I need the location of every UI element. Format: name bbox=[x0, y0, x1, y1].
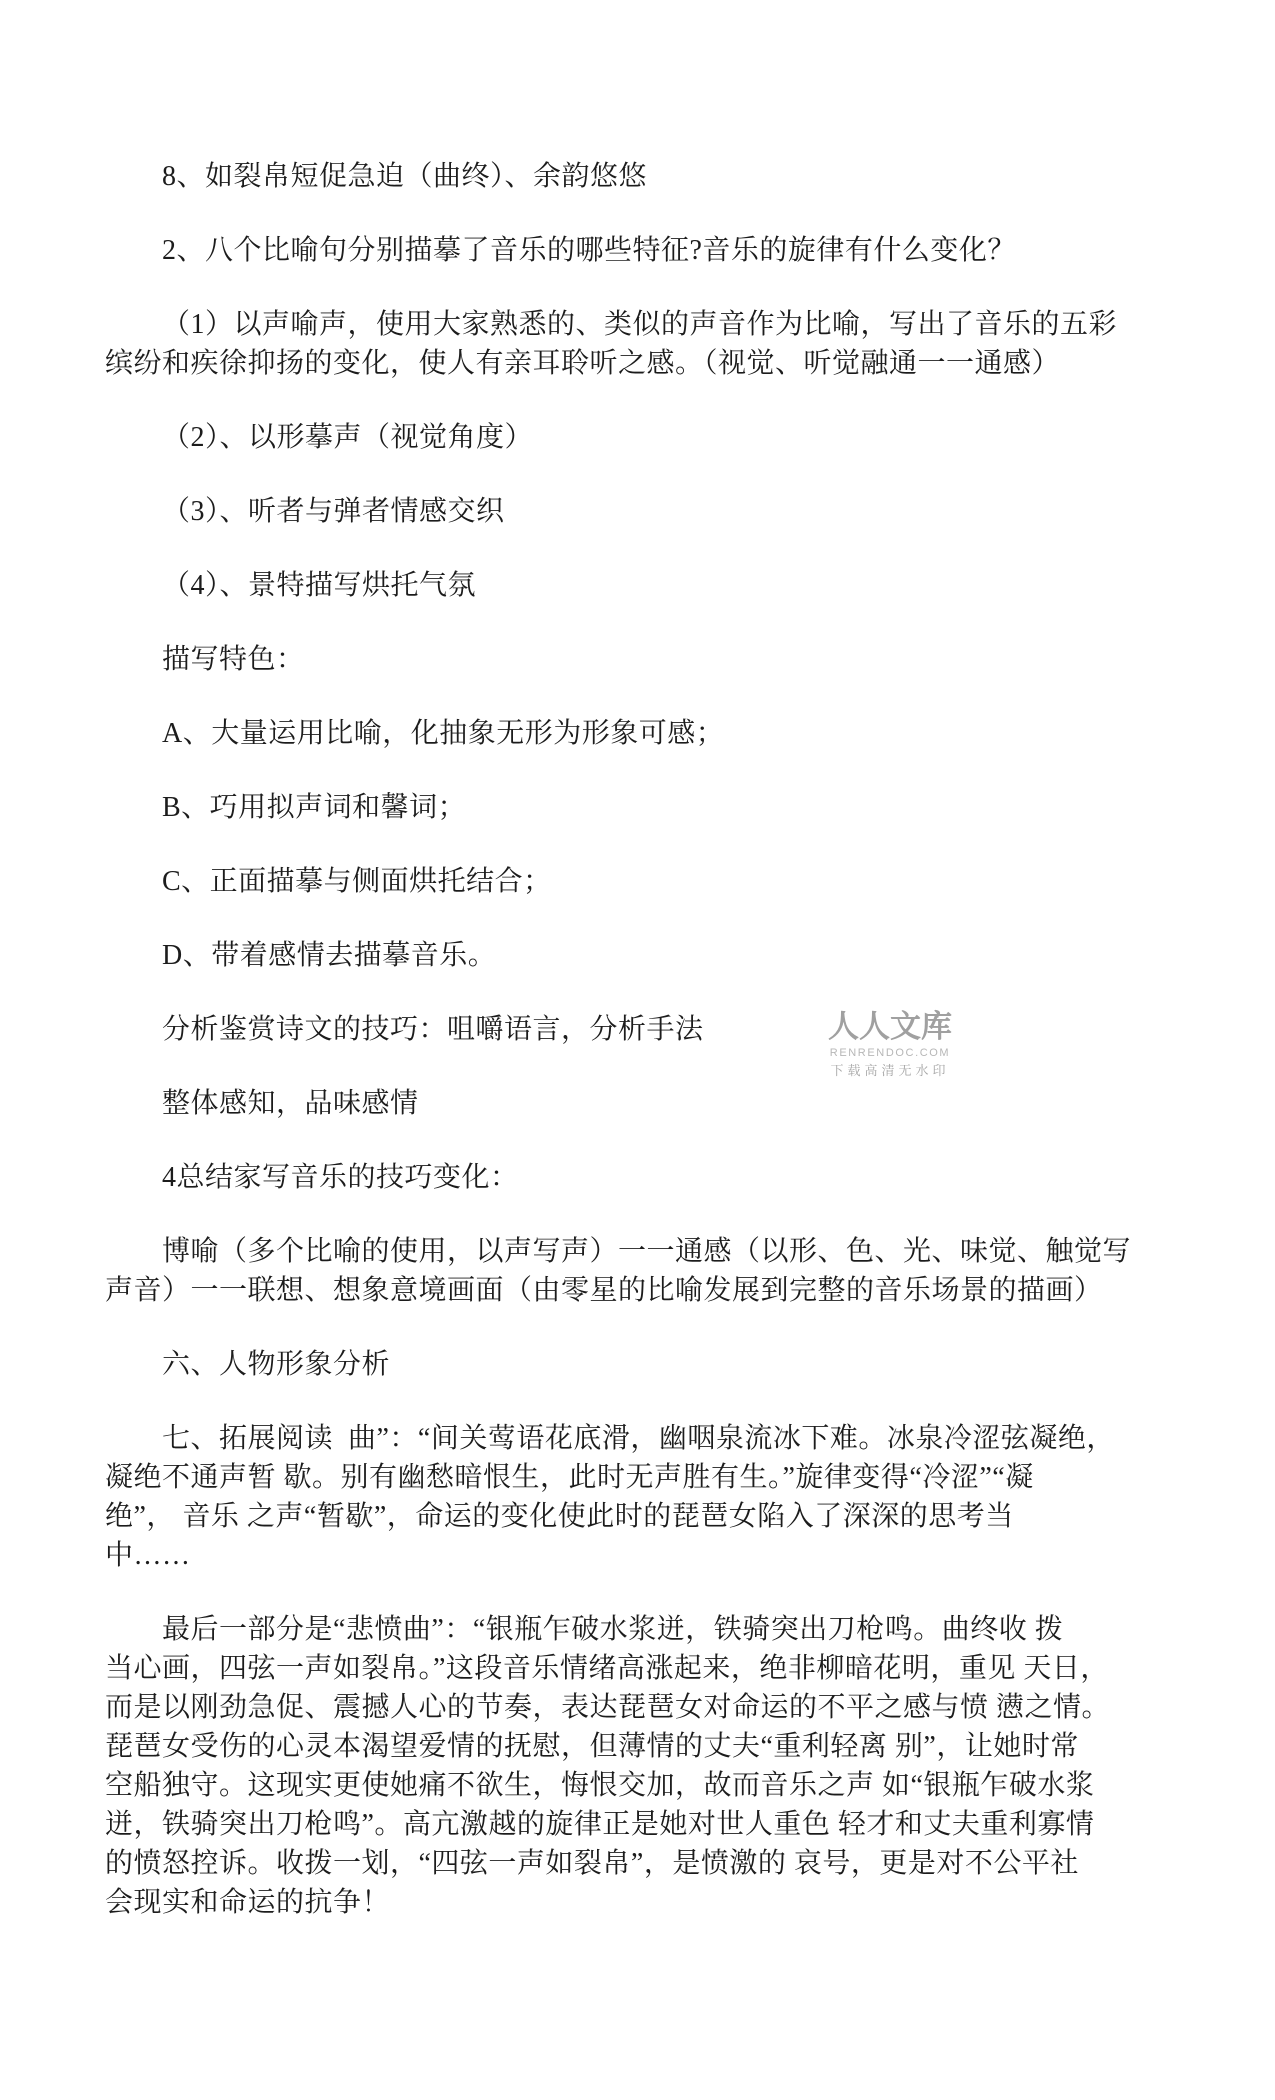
paragraph-line: 琵琶女受伤的心灵本渴望爱情的抚慰，但薄情的丈夫“重利轻离 别”，让她时常 bbox=[105, 1727, 1180, 1766]
paragraph-line: 中…… bbox=[105, 1536, 1180, 1575]
paragraph-line: （2）、以形摹声（视觉角度） bbox=[105, 418, 1180, 457]
paragraph: 六、人物形象分析 bbox=[105, 1345, 1180, 1384]
paragraph: 4总结家写音乐的技巧变化： bbox=[105, 1158, 1180, 1197]
paragraph-line: 七、拓展阅读 曲”：“间关莺语花底滑，幽咽泉流冰下难。冰泉冷涩弦凝绝， bbox=[105, 1419, 1180, 1458]
paragraph-line: 而是以刚劲急促、震撼人心的节奏，表达琵琶女对命运的不平之感与愤 懑之情。 bbox=[105, 1688, 1180, 1727]
paragraph: D、带着感情去描摹音乐。 bbox=[105, 936, 1180, 975]
paragraph: （4）、景特描写烘托气氛 bbox=[105, 566, 1180, 605]
paragraph-line: （4）、景特描写烘托气氛 bbox=[105, 566, 1180, 605]
paragraph-line: D、带着感情去描摹音乐。 bbox=[105, 936, 1180, 975]
paragraph: 2、八个比喻句分别描摹了音乐的哪些特征?音乐的旋律有什么变化？ bbox=[105, 231, 1180, 270]
paragraph-line: 会现实和命运的抗争！ bbox=[105, 1883, 1180, 1922]
paragraph: （1）以声喻声，使用大家熟悉的、类似的声音作为比喻，写出了音乐的五彩缤纷和疾徐抑… bbox=[105, 305, 1180, 383]
paragraph: A、大量运用比喻，化抽象无形为形象可感； bbox=[105, 714, 1180, 753]
paragraph-line: 8、如裂帛短促急迫（曲终）、余韵悠悠 bbox=[105, 157, 1180, 196]
paragraph-line: A、大量运用比喻，化抽象无形为形象可感； bbox=[105, 714, 1180, 753]
paragraph-line: 2、八个比喻句分别描摹了音乐的哪些特征?音乐的旋律有什么变化？ bbox=[105, 231, 1180, 270]
paragraph-line: 绝”， 音乐 之声“暂歇”，命运的变化使此时的琵琶女陷入了深深的思考当 bbox=[105, 1497, 1180, 1536]
document-body: 8、如裂帛短促急迫（曲终）、余韵悠悠2、八个比喻句分别描摹了音乐的哪些特征?音乐… bbox=[105, 157, 1180, 1957]
paragraph: 最后一部分是“悲愤曲”：“银瓶乍破水浆迸，铁骑突出刀枪鸣。曲终收 拨当心画，四弦… bbox=[105, 1610, 1180, 1922]
paragraph-line: 博喻（多个比喻的使用，以声写声）一一通感（以形、色、光、味觉、触觉写 bbox=[105, 1232, 1180, 1271]
paragraph: 描写特色： bbox=[105, 640, 1180, 679]
paragraph-line: 的愤怒控诉。收拨一划，“四弦一声如裂帛”，是愤激的 哀号，更是对不公平社 bbox=[105, 1844, 1180, 1883]
paragraph-line: 描写特色： bbox=[105, 640, 1180, 679]
paragraph: 整体感知，品味感情 bbox=[105, 1084, 1180, 1123]
paragraph: 七、拓展阅读 曲”：“间关莺语花底滑，幽咽泉流冰下难。冰泉冷涩弦凝绝，凝绝不通声… bbox=[105, 1419, 1180, 1575]
watermark-domain-text: RENRENDOC.COM bbox=[824, 1047, 956, 1060]
paragraph-line: 缤纷和疾徐抑扬的变化，使人有亲耳聆听之感。（视觉、听觉融通一一通感） bbox=[105, 344, 1180, 383]
paragraph: B、巧用拟声词和馨词； bbox=[105, 788, 1180, 827]
paragraph-line: C、正面描摹与侧面烘托结合； bbox=[105, 862, 1180, 901]
paragraph-line: （3）、听者与弹者情感交织 bbox=[105, 492, 1180, 531]
paragraph: 分析鉴赏诗文的技巧：咀嚼语言，分析手法 bbox=[105, 1010, 1180, 1049]
paragraph-line: 迸，铁骑突出刀枪鸣”。高亢激越的旋律正是她对世人重色 轻才和丈夫重利寡情 bbox=[105, 1805, 1180, 1844]
paragraph: 博喻（多个比喻的使用，以声写声）一一通感（以形、色、光、味觉、触觉写声音）一一联… bbox=[105, 1232, 1180, 1310]
paragraph-line: 六、人物形象分析 bbox=[105, 1345, 1180, 1384]
paragraph-line: 最后一部分是“悲愤曲”：“银瓶乍破水浆迸，铁骑突出刀枪鸣。曲终收 拨 bbox=[105, 1610, 1180, 1649]
paragraph: （2）、以形摹声（视觉角度） bbox=[105, 418, 1180, 457]
paragraph-line: B、巧用拟声词和馨词； bbox=[105, 788, 1180, 827]
paragraph: 8、如裂帛短促急迫（曲终）、余韵悠悠 bbox=[105, 157, 1180, 196]
watermark-tagline-text: 下载高清无水印 bbox=[824, 1063, 956, 1078]
paragraph-line: 声音）一一联想、想象意境画面（由零星的比喻发展到完整的音乐场景的描画） bbox=[105, 1271, 1180, 1310]
paragraph: C、正面描摹与侧面烘托结合； bbox=[105, 862, 1180, 901]
paragraph-line: 空船独守。这现实更使她痛不欲生，悔恨交加，故而音乐之声 如“银瓶乍破水浆 bbox=[105, 1766, 1180, 1805]
watermark: 人人文库 RENRENDOC.COM 下载高清无水印 bbox=[824, 1010, 956, 1078]
paragraph-line: 4总结家写音乐的技巧变化： bbox=[105, 1158, 1180, 1197]
paragraph-line: 当心画，四弦一声如裂帛。”这段音乐情绪高涨起来，绝非柳暗花明，重见 天日， bbox=[105, 1649, 1180, 1688]
paragraph: （3）、听者与弹者情感交织 bbox=[105, 492, 1180, 531]
paragraph-line: （1）以声喻声，使用大家熟悉的、类似的声音作为比喻，写出了音乐的五彩 bbox=[105, 305, 1180, 344]
paragraph-line: 整体感知，品味感情 bbox=[105, 1084, 1180, 1123]
paragraph-line: 凝绝不通声暂 歇。别有幽愁暗恨生，此时无声胜有生。”旋律变得“冷涩”“凝 bbox=[105, 1458, 1180, 1497]
watermark-brand-logo: 人人文库 bbox=[824, 1010, 956, 1044]
paragraph-line: 分析鉴赏诗文的技巧：咀嚼语言，分析手法 bbox=[105, 1010, 1180, 1049]
